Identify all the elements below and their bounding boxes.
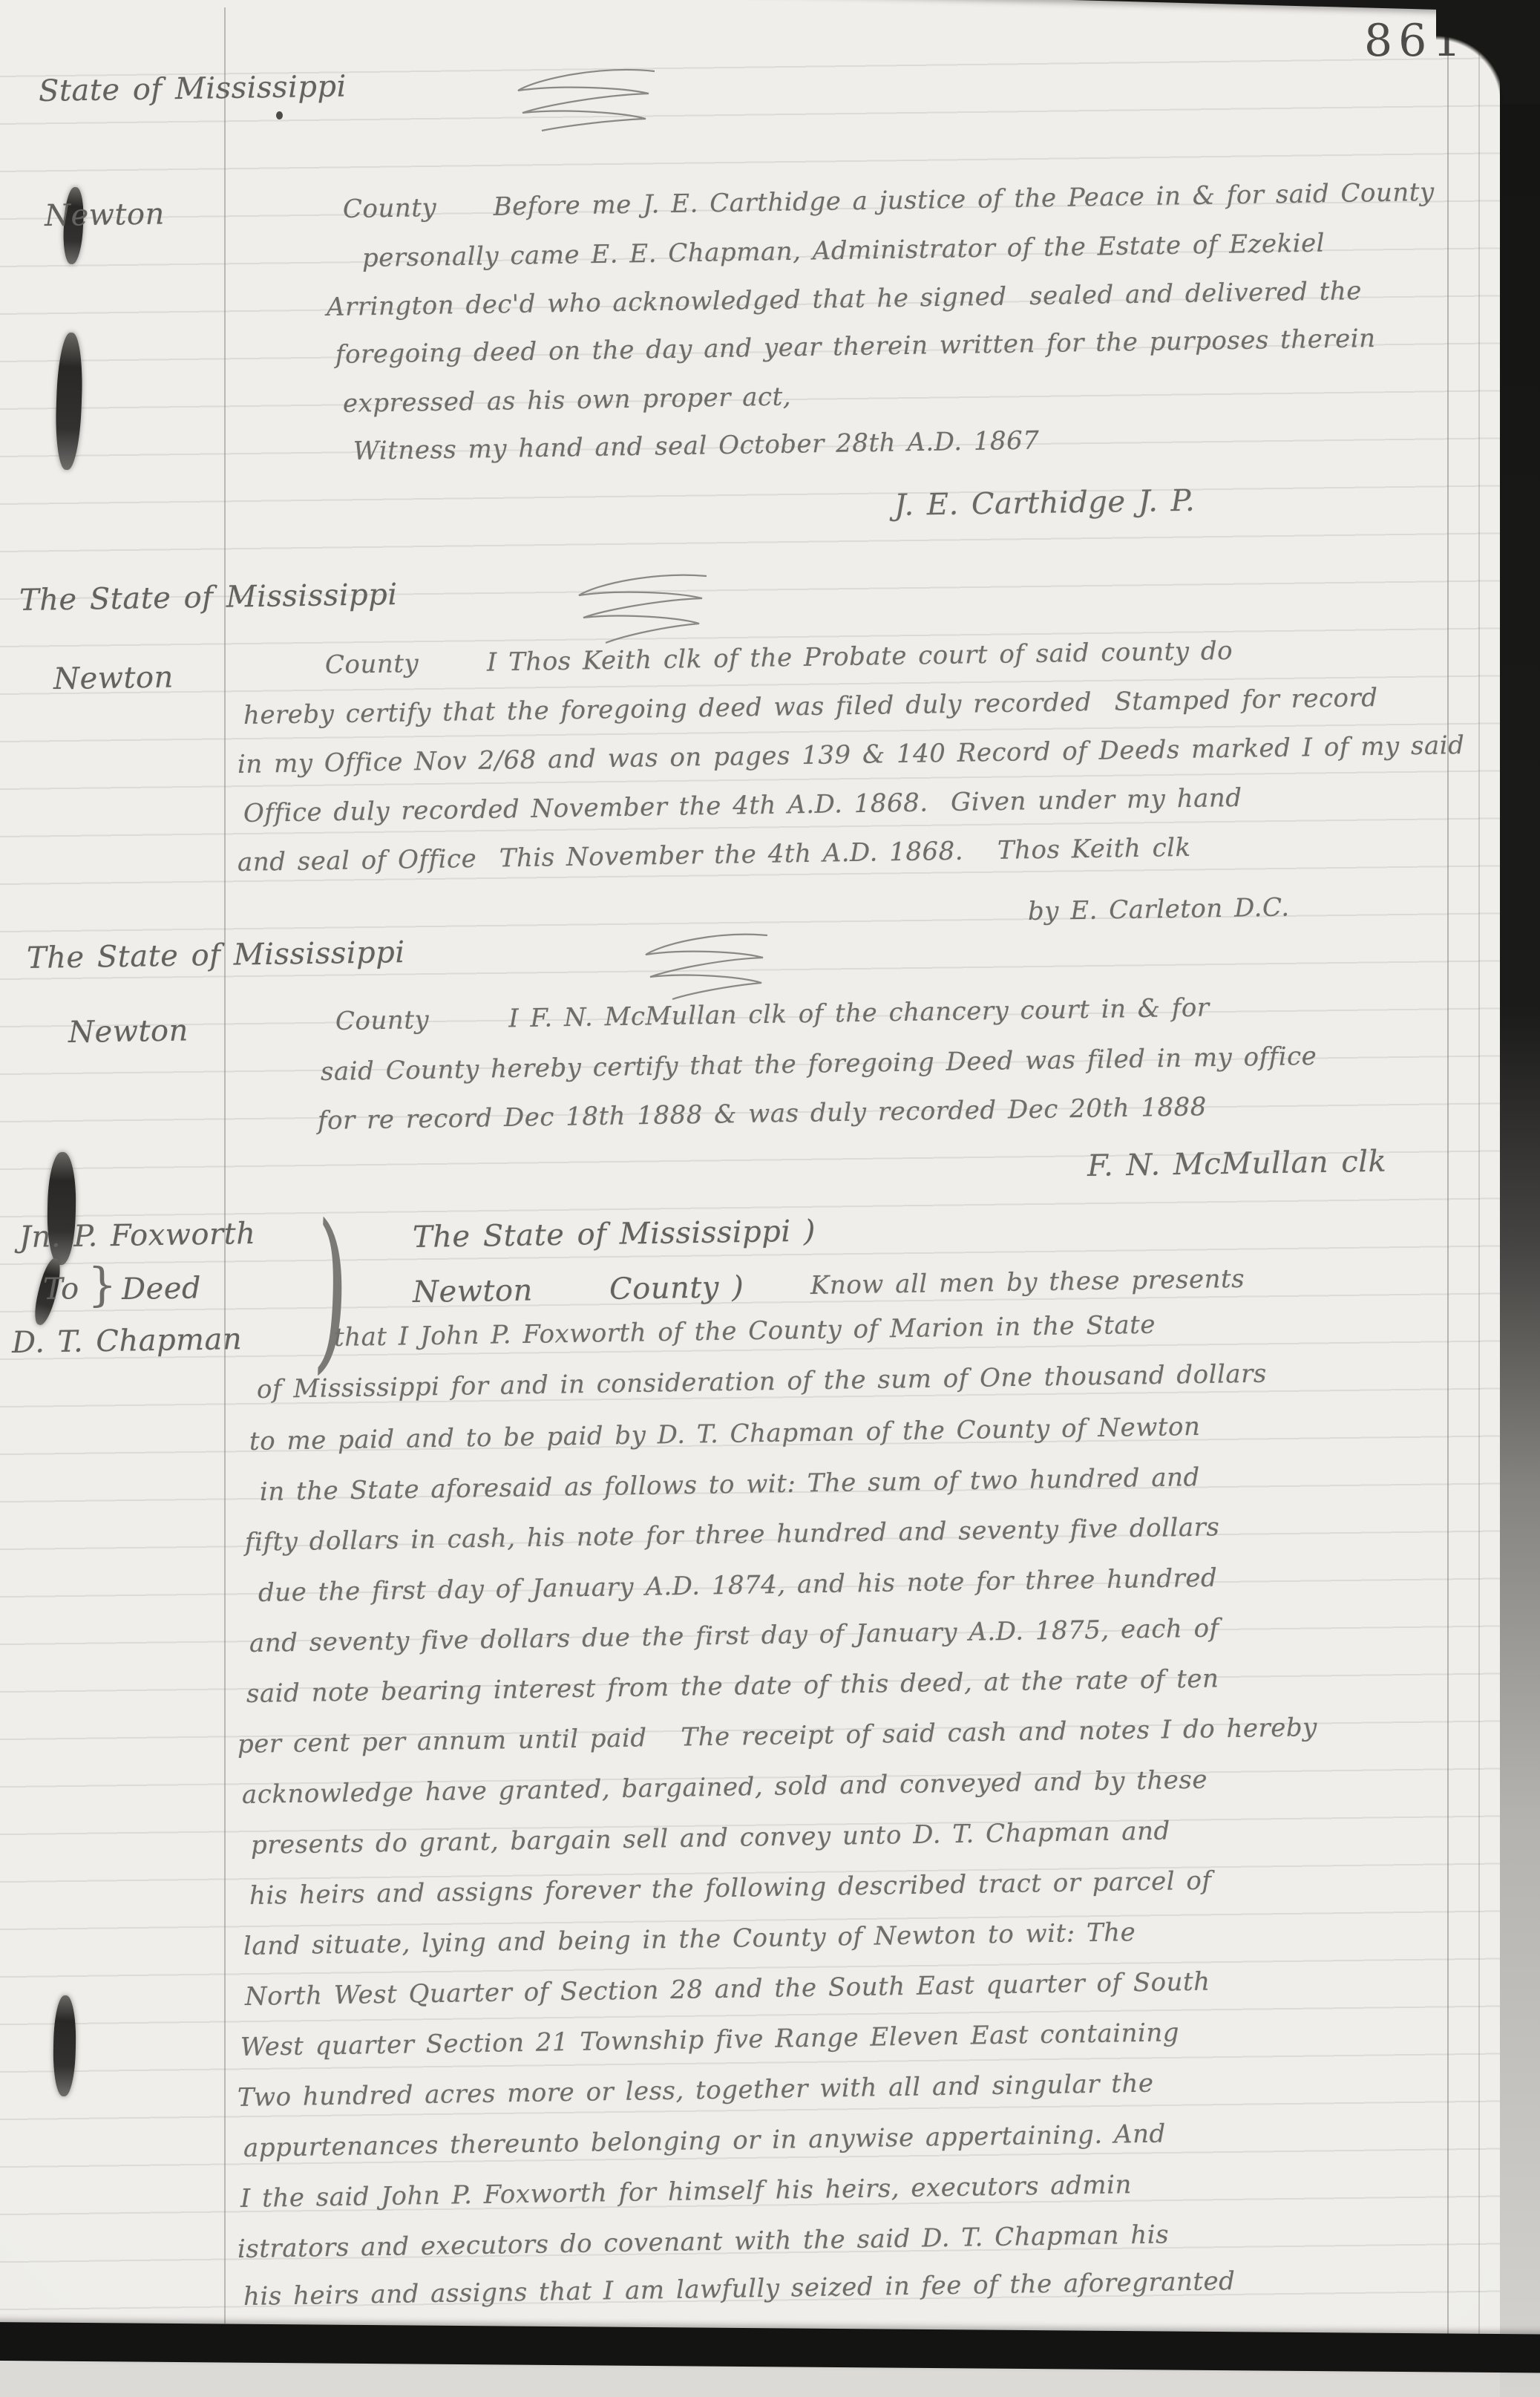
curly-brace-icon: } — [88, 1258, 117, 1312]
scanned-deed-page: 861 State of Mississippi Newton County B… — [0, 0, 1540, 2397]
margin-grantee: D. T. Chapman — [12, 1322, 243, 1360]
margin-rule-line — [224, 7, 226, 2324]
margin-label-county: Newton — [45, 197, 166, 233]
ink-dot — [276, 111, 283, 120]
signature: F. N. McMullan clk — [1087, 1145, 1387, 1183]
signature: J. E. Carthidge J. P. — [894, 484, 1196, 523]
caption-county: Newton County ) — [413, 1270, 744, 1309]
margin-label-state: The State of Mississippi — [27, 935, 405, 975]
flourish-icon — [512, 64, 661, 132]
scan-right-edge — [1500, 0, 1540, 2397]
margin-label-state: State of Mississippi — [39, 69, 347, 108]
margin-label-state: The State of Mississippi — [19, 578, 398, 618]
scan-top-edge — [0, 0, 1540, 13]
margin-label-county: Newton — [68, 1013, 189, 1050]
deputy-signature: by E. Carleton D.C. — [1028, 892, 1290, 926]
caption-state: The State of Mississippi ) — [413, 1214, 816, 1255]
margin-grantor: Jn. P. Foxworth — [19, 1217, 256, 1255]
page-edge-line — [1447, 0, 1449, 2397]
margin-to-label: To — [43, 1272, 79, 1307]
page-edge-line-2 — [1478, 0, 1480, 2397]
brace-icon: ) — [312, 1201, 352, 1380]
scan-corner — [1436, 0, 1540, 104]
flourish-icon — [571, 570, 712, 644]
margin-label-county: Newton — [53, 660, 174, 696]
margin-deed-label: Deed — [122, 1271, 202, 1307]
flourish-icon — [640, 929, 773, 1001]
